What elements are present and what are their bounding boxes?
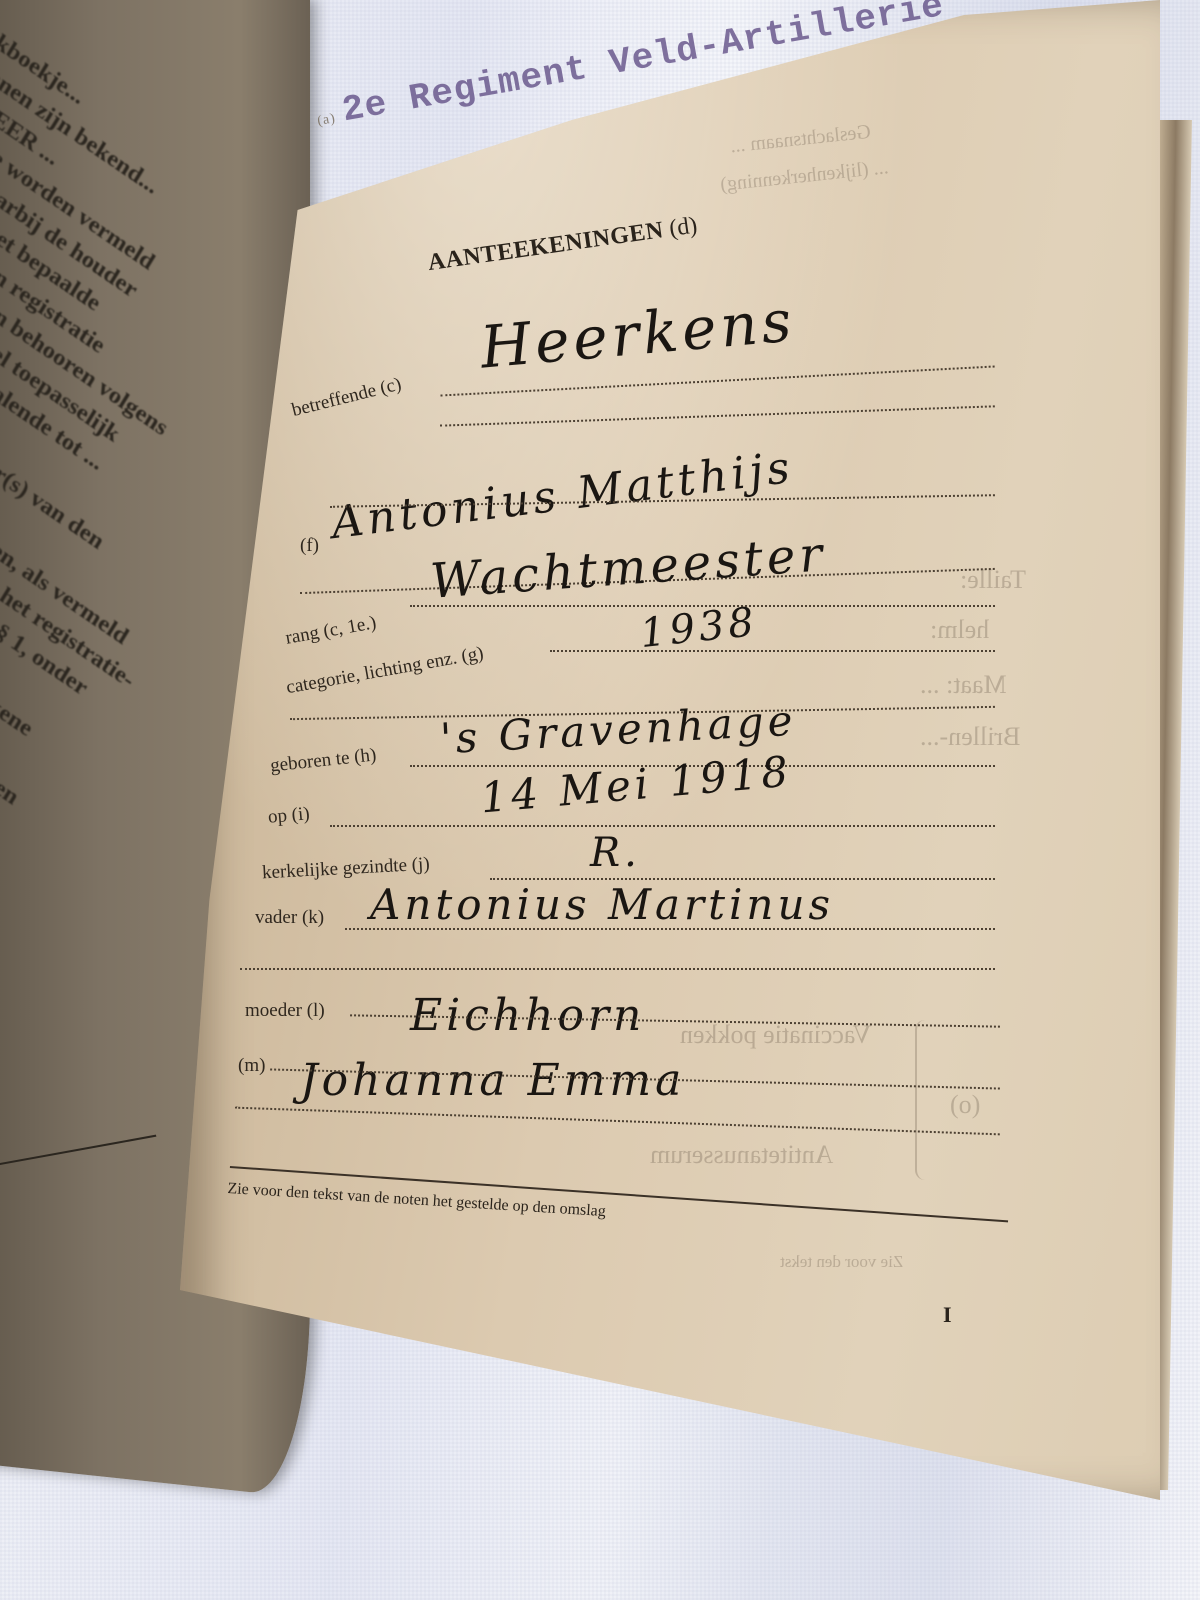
religion-value: R. (590, 830, 641, 876)
page-title-note: (d) (668, 212, 699, 242)
label-given-names: (f) (300, 535, 319, 556)
label-mother-given-names: (m) (238, 1055, 265, 1076)
show-through-text: helm: (930, 615, 989, 645)
show-through-text: Antitetanusserum (650, 1140, 833, 1170)
field-label: op (i) (267, 803, 310, 829)
show-through-text: (o) (950, 1090, 980, 1120)
left-page-rule (0, 1135, 156, 1172)
field-label: (f) (300, 535, 319, 557)
field-label: vader (k) (255, 907, 324, 929)
field-line (550, 650, 995, 652)
father-value: Antonius Martinus (370, 880, 834, 929)
field-line (345, 928, 995, 930)
page-number: I (943, 1302, 952, 1328)
field-line (330, 825, 995, 827)
field-label: (m) (238, 1055, 265, 1077)
mother-given-names-value: Johanna Emma (300, 1055, 685, 1106)
show-through-text: Zie voor den tekst (780, 1252, 903, 1272)
show-through-text: Maat: ... (920, 670, 1007, 700)
field-label: moeder (l) (245, 1000, 325, 1022)
label-vader: vader (k) (255, 907, 324, 928)
stamp-prefix: (a) (316, 111, 337, 129)
show-through-brace (915, 1020, 927, 1180)
show-through-text: Brillen-... (920, 722, 1020, 752)
label-op: op (i) (267, 803, 310, 828)
field-line (240, 968, 995, 970)
label-moeder: moeder (l) (245, 1000, 325, 1021)
